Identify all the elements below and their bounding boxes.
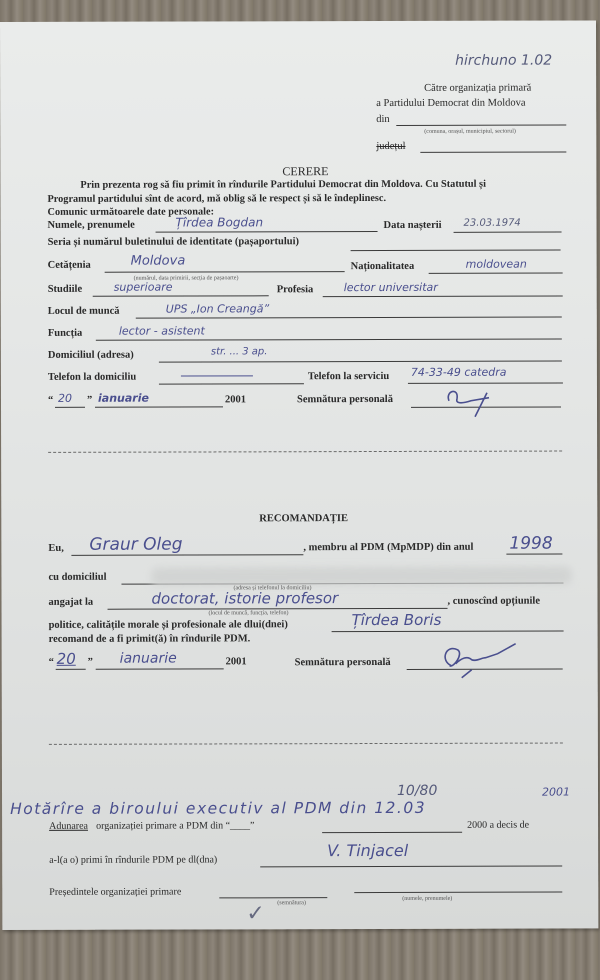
function-field[interactable] (96, 339, 562, 341)
assembly-label: Adunarea (49, 821, 88, 832)
member-text: , membru al PDM (MpMDP) din anul (303, 542, 473, 553)
citizenship-field[interactable] (105, 271, 345, 273)
date-close-quote: ” (87, 395, 92, 406)
workplace-value: UPS „Ion Creangă” (166, 302, 269, 315)
birth-field[interactable] (454, 232, 562, 233)
function-label: Funcția (48, 328, 82, 339)
recommender-signature (432, 636, 527, 681)
addressee-line2: a Partidului Democrat din Moldova (376, 98, 525, 109)
function-value: lector - asistent (119, 324, 205, 337)
application-para1: Prin prezenta rog să fiu primit în rîndu… (80, 179, 486, 191)
president-name-field[interactable] (354, 892, 562, 894)
workplace-field[interactable] (136, 317, 562, 319)
din-field[interactable] (396, 125, 566, 126)
rec-date-close-quote: ” (88, 657, 93, 668)
decision-handwritten-line: Hotărîre a biroului executiv al PDM din … (10, 799, 426, 818)
nationality-label: Naționalitatea (351, 261, 415, 272)
address-label: Domiciliul (adresa) (48, 350, 134, 361)
recommend-text: recomand de a fi primit(ă) în rîndurile … (49, 633, 251, 645)
assembly-text: organizației primare a PDM din “____” (96, 820, 254, 831)
signature-caption: (semnătura) (277, 900, 306, 906)
name-caption: (numele, prenumele) (402, 896, 452, 902)
profession-label: Profesia (277, 284, 314, 295)
address-field[interactable] (159, 361, 562, 363)
name-field[interactable] (156, 231, 378, 233)
name-label: Numele, prenumele (48, 220, 135, 231)
political-text: politice, calitățile morale și profesion… (49, 619, 288, 631)
id-field[interactable] (351, 250, 561, 252)
address-value: str. ... 3 ap. (211, 346, 268, 357)
addressee-line1: Către organizația primară (424, 83, 531, 94)
application-title: CERERE (282, 164, 328, 179)
studies-label: Studiile (48, 284, 82, 295)
id-label: Seria și numărul buletinului de identita… (48, 236, 299, 248)
separator-2 (49, 743, 563, 745)
workplace-label: Locul de muncă (48, 306, 120, 317)
work-phone-value: 74-33-49 catedra (411, 366, 507, 379)
assembly-date-field[interactable] (322, 832, 462, 833)
admit-field[interactable] (260, 866, 562, 868)
employed-caption: (locul de muncă, funcția, telefon) (209, 610, 289, 616)
redacted-address (151, 567, 571, 586)
admit-label: a-l(a o) primi în rîndurile PDM pe dl(dn… (49, 854, 217, 865)
applicant-signature (441, 383, 511, 419)
date-month-value: ianuarie (98, 392, 149, 405)
rec-date-day-field[interactable] (56, 669, 86, 670)
judetul-label: județul (376, 141, 405, 152)
employed-label: angajat la (49, 597, 94, 608)
member-year-field[interactable] (506, 554, 562, 555)
candidate-field[interactable] (332, 631, 564, 633)
candidate-name: Țîrdea Boris (352, 611, 442, 629)
recommender-name: Graur Oleg (89, 535, 182, 555)
rec-date-open-quote: “ (49, 657, 54, 668)
date-day-field[interactable] (55, 407, 85, 408)
employed-suffix: , cunoscînd opțiunile (448, 596, 541, 607)
date-open-quote: “ (48, 395, 53, 406)
rec-date-day: 20 (57, 650, 76, 668)
application-para2: Programul partidului sînt de acord, mă o… (47, 193, 386, 205)
date-day-value: 20 (58, 392, 72, 405)
president-label: Președintele organizației primare (49, 887, 181, 898)
checkmark-icon: ✓ (246, 901, 265, 926)
decision-year-note: 2001 (542, 786, 570, 799)
separator-1 (48, 451, 562, 453)
eu-label: Eu, (48, 543, 63, 554)
nationality-value: moldovean (466, 258, 527, 271)
date-year: 2001 (225, 394, 246, 405)
domicile-label: cu domiciliul (48, 572, 106, 583)
rec-date-month: ianuarie (120, 651, 177, 667)
birth-label: Data nașterii (384, 220, 442, 231)
document-page: hirchuno 1.02 Către organizația primară … (0, 20, 598, 930)
home-phone-label: Telefon la domiciliu (48, 372, 136, 383)
work-phone-label: Telefon la serviciu (308, 371, 389, 382)
top-note: hirchuno 1.02 (455, 53, 552, 69)
citizenship-value: Moldova (131, 254, 186, 269)
din-label: din (376, 114, 389, 125)
nationality-field[interactable] (429, 273, 563, 274)
citizenship-label: Cetățenia (48, 260, 91, 271)
din-caption: (comuna, orașul, municipiul, sectorul) (424, 129, 516, 135)
decision-number-note: 10/80 (397, 783, 437, 799)
president-signature-field[interactable] (219, 897, 327, 898)
judetul-field[interactable] (420, 152, 566, 153)
employed-value: doctorat, istorie profesor (151, 589, 338, 607)
admit-value: V. Tinjacel (327, 841, 408, 860)
rec-signature-label: Semnătura personală (295, 657, 391, 668)
home-phone-field[interactable] (159, 383, 304, 384)
birth-value: 23.03.1974 (464, 218, 521, 229)
recommendation-title: RECOMANDAȚIE (259, 513, 348, 524)
studies-value: superioare (114, 281, 173, 294)
member-year: 1998 (509, 534, 552, 554)
profession-value: lector universitar (344, 281, 438, 294)
home-phone-strike (181, 375, 253, 376)
rec-date-year: 2001 (226, 656, 247, 667)
assembly-year: 2000 a decis de (467, 820, 529, 831)
profession-field[interactable] (323, 296, 563, 298)
name-value: Țîrdea Bogdan (176, 215, 264, 229)
rec-date-month-field[interactable] (96, 668, 224, 669)
signature-label: Semnătura personală (297, 394, 393, 405)
studies-field[interactable] (93, 295, 269, 296)
date-month-field[interactable] (95, 406, 223, 407)
